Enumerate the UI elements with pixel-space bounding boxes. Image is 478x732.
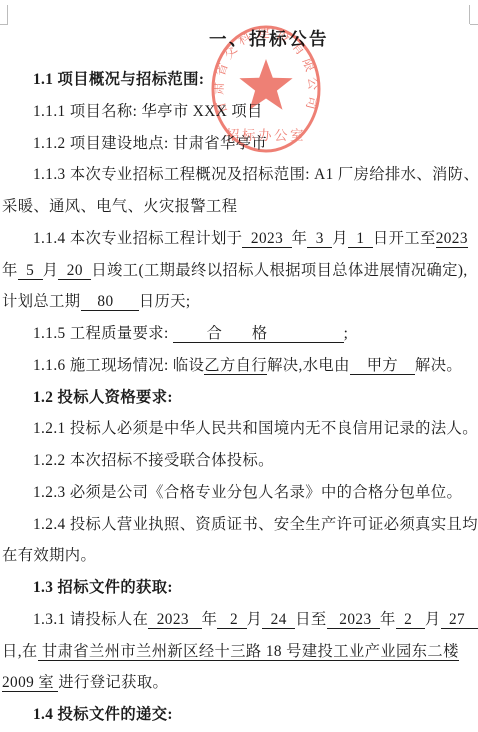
para-1-2-1: 1.2.1 投标人必须是中华人民共和国境内无不良信用记录的法人。 xyxy=(2,413,477,445)
text-segment: 解决,水电由 xyxy=(267,357,350,374)
para-1-2-3: 1.2.3 必须是公司《合格专业分包人名录》中的合格分包单位。 xyxy=(2,477,477,509)
text-segment: 日至 xyxy=(295,611,326,628)
page-title: 一、招标公告 xyxy=(0,26,478,51)
field-obtain-address: 甘肃省兰州市兰州新区经十三路 18 号建投工业产业园东二楼 xyxy=(38,643,459,661)
para-1-1-4-line3: 计划总工期 80 日历天; xyxy=(2,286,477,318)
field-obtain-month-from: 2 xyxy=(217,611,246,629)
heading-1-3: 1.3 招标文件的获取: xyxy=(2,572,477,604)
para-1-3-1-line2: 日,在 甘肃省兰州市兰州新区经十三路 18 号建投工业产业园东二楼 xyxy=(2,636,477,668)
text-segment: 1.1.3 本次专业招标工程概况及招标范围: A1 厂房给排水、消防、 xyxy=(33,166,478,183)
field-start-month: 3 xyxy=(307,230,332,248)
text-segment: 日竣工(工期最终以招标人根据项目总体进展情况确定), xyxy=(91,262,467,279)
text-segment: 1.1.2 项目建设地点: 甘肃省华亭市 xyxy=(33,135,267,152)
text-segment: 1.3.1 请投标人在 xyxy=(33,611,148,628)
text-segment: 1.2.4 投标人营业执照、资质证书、安全生产许可证必须真实且均 xyxy=(33,516,478,533)
para-1-2-4-line1: 1.2.4 投标人营业执照、资质证书、安全生产许可证必须真实且均 xyxy=(2,509,477,541)
para-1-1-1: 1.1.1 项目名称: 华亭市 XXX 项目 xyxy=(2,96,477,128)
text-segment: 月 xyxy=(247,611,263,628)
margin-mark-top-right xyxy=(469,5,470,24)
margin-mark-top-right xyxy=(470,24,478,25)
text-segment: ; xyxy=(344,325,349,342)
field-end-month: 5 xyxy=(18,262,43,280)
text-segment: 日,在 xyxy=(2,643,38,660)
text-segment: 月 xyxy=(425,611,441,628)
field-quality-requirement: 合 格 xyxy=(173,325,344,343)
field-start-day: 1 xyxy=(348,230,373,248)
field-obtain-day-from: 24 xyxy=(262,611,295,629)
text-segment: 采暖、通风、电气、火灾报警工程 xyxy=(2,198,237,215)
heading-1-4: 1.4 投标文件的递交: xyxy=(2,699,477,731)
field-utilities-provider: 甲方 xyxy=(350,357,415,375)
field-temp-facilities: 乙方自行 xyxy=(204,357,267,375)
para-1-2-2: 1.2.2 本次招标不接受联合体投标。 xyxy=(2,445,477,477)
heading-text: 1.4 投标文件的递交: xyxy=(33,706,173,723)
para-1-1-3-line1: 1.1.3 本次专业招标工程概况及招标范围: A1 厂房给排水、消防、 xyxy=(2,159,477,191)
para-1-1-6: 1.1.6 施工现场情况: 临设乙方自行解决,水电由 甲方 解决。 xyxy=(2,350,477,382)
heading-text: 1.1 项目概况与招标范围: xyxy=(33,71,204,88)
text-segment: 解决。 xyxy=(415,357,462,374)
text-segment: 1.2.1 投标人必须是中华人民共和国境内无不良信用记录的法人。 xyxy=(33,420,478,437)
para-1-2-4-line2: 在有效期内。 xyxy=(2,540,477,572)
text-segment: 1.2.3 必须是公司《合格专业分包人名录》中的合格分包单位。 xyxy=(33,484,462,501)
text-segment: 年 xyxy=(292,230,308,247)
text-segment: 日历天; xyxy=(139,293,191,310)
text-segment: 1.1.5 工程质量要求: xyxy=(33,325,173,342)
heading-text: 1.2 投标人资格要求: xyxy=(33,389,173,406)
text-segment: 1.2.2 本次招标不接受联合体投标。 xyxy=(33,452,274,469)
para-1-3-1-line3: 2009 室 进行登记获取。 xyxy=(2,667,477,699)
field-obtain-year-from: 2023 xyxy=(148,611,201,629)
para-1-1-2: 1.1.2 项目建设地点: 甘肃省华亭市 xyxy=(2,128,477,160)
heading-1-1: 1.1 项目概况与招标范围: xyxy=(2,64,477,96)
margin-mark-top-left xyxy=(7,5,8,24)
heading-1-2: 1.2 投标人资格要求: xyxy=(2,382,477,414)
heading-text: 1.3 招标文件的获取: xyxy=(33,579,173,596)
margin-mark-top-left xyxy=(0,24,8,25)
text-segment: 1.1.1 项目名称: 华亭市 XXX 项目 xyxy=(33,103,263,120)
field-end-day: 20 xyxy=(58,262,91,280)
field-obtain-month-to: 2 xyxy=(396,611,425,629)
text-segment: 1.1.4 本次专业招标工程计划于 xyxy=(33,230,242,247)
field-obtain-room: 2009 室 xyxy=(2,674,58,692)
para-1-1-4-line2: 年 5 月 20 日竣工(工期最终以招标人根据项目总体进展情况确定), xyxy=(2,255,477,287)
text-segment: 1.1.6 施工现场情况: 临设 xyxy=(33,357,204,374)
text-segment: 年 xyxy=(2,262,18,279)
text-segment: 日开工至 xyxy=(373,230,436,247)
text-segment: 年 xyxy=(380,611,396,628)
para-1-3-1-line1: 1.3.1 请投标人在 2023 年 2 月 24 日至 2023 年 2 月 … xyxy=(2,604,477,636)
text-segment: 进行登记获取。 xyxy=(58,674,168,691)
text-segment: 在有效期内。 xyxy=(2,547,96,564)
field-total-duration: 80 xyxy=(81,293,139,311)
para-1-1-4-line1: 1.1.4 本次专业招标工程计划于 2023 年 3 月 1 日开工至2023 xyxy=(2,223,477,255)
text-segment: 月 xyxy=(43,262,59,279)
text-segment: 年 xyxy=(202,611,218,628)
document-body: 1.1 项目概况与招标范围: 1.1.1 项目名称: 华亭市 XXX 项目 1.… xyxy=(2,64,477,731)
field-end-year: 2023 xyxy=(436,230,468,248)
field-start-year: 2023 xyxy=(242,230,291,248)
para-1-1-5: 1.1.5 工程质量要求: 合 格 ; xyxy=(2,318,477,350)
para-1-1-3-line2: 采暖、通风、电气、火灾报警工程 xyxy=(2,191,477,223)
text-segment: 计划总工期 xyxy=(2,293,81,310)
field-obtain-year-to: 2023 xyxy=(327,611,380,629)
text-segment: 月 xyxy=(332,230,348,247)
field-obtain-day-to: 27 xyxy=(441,611,478,629)
